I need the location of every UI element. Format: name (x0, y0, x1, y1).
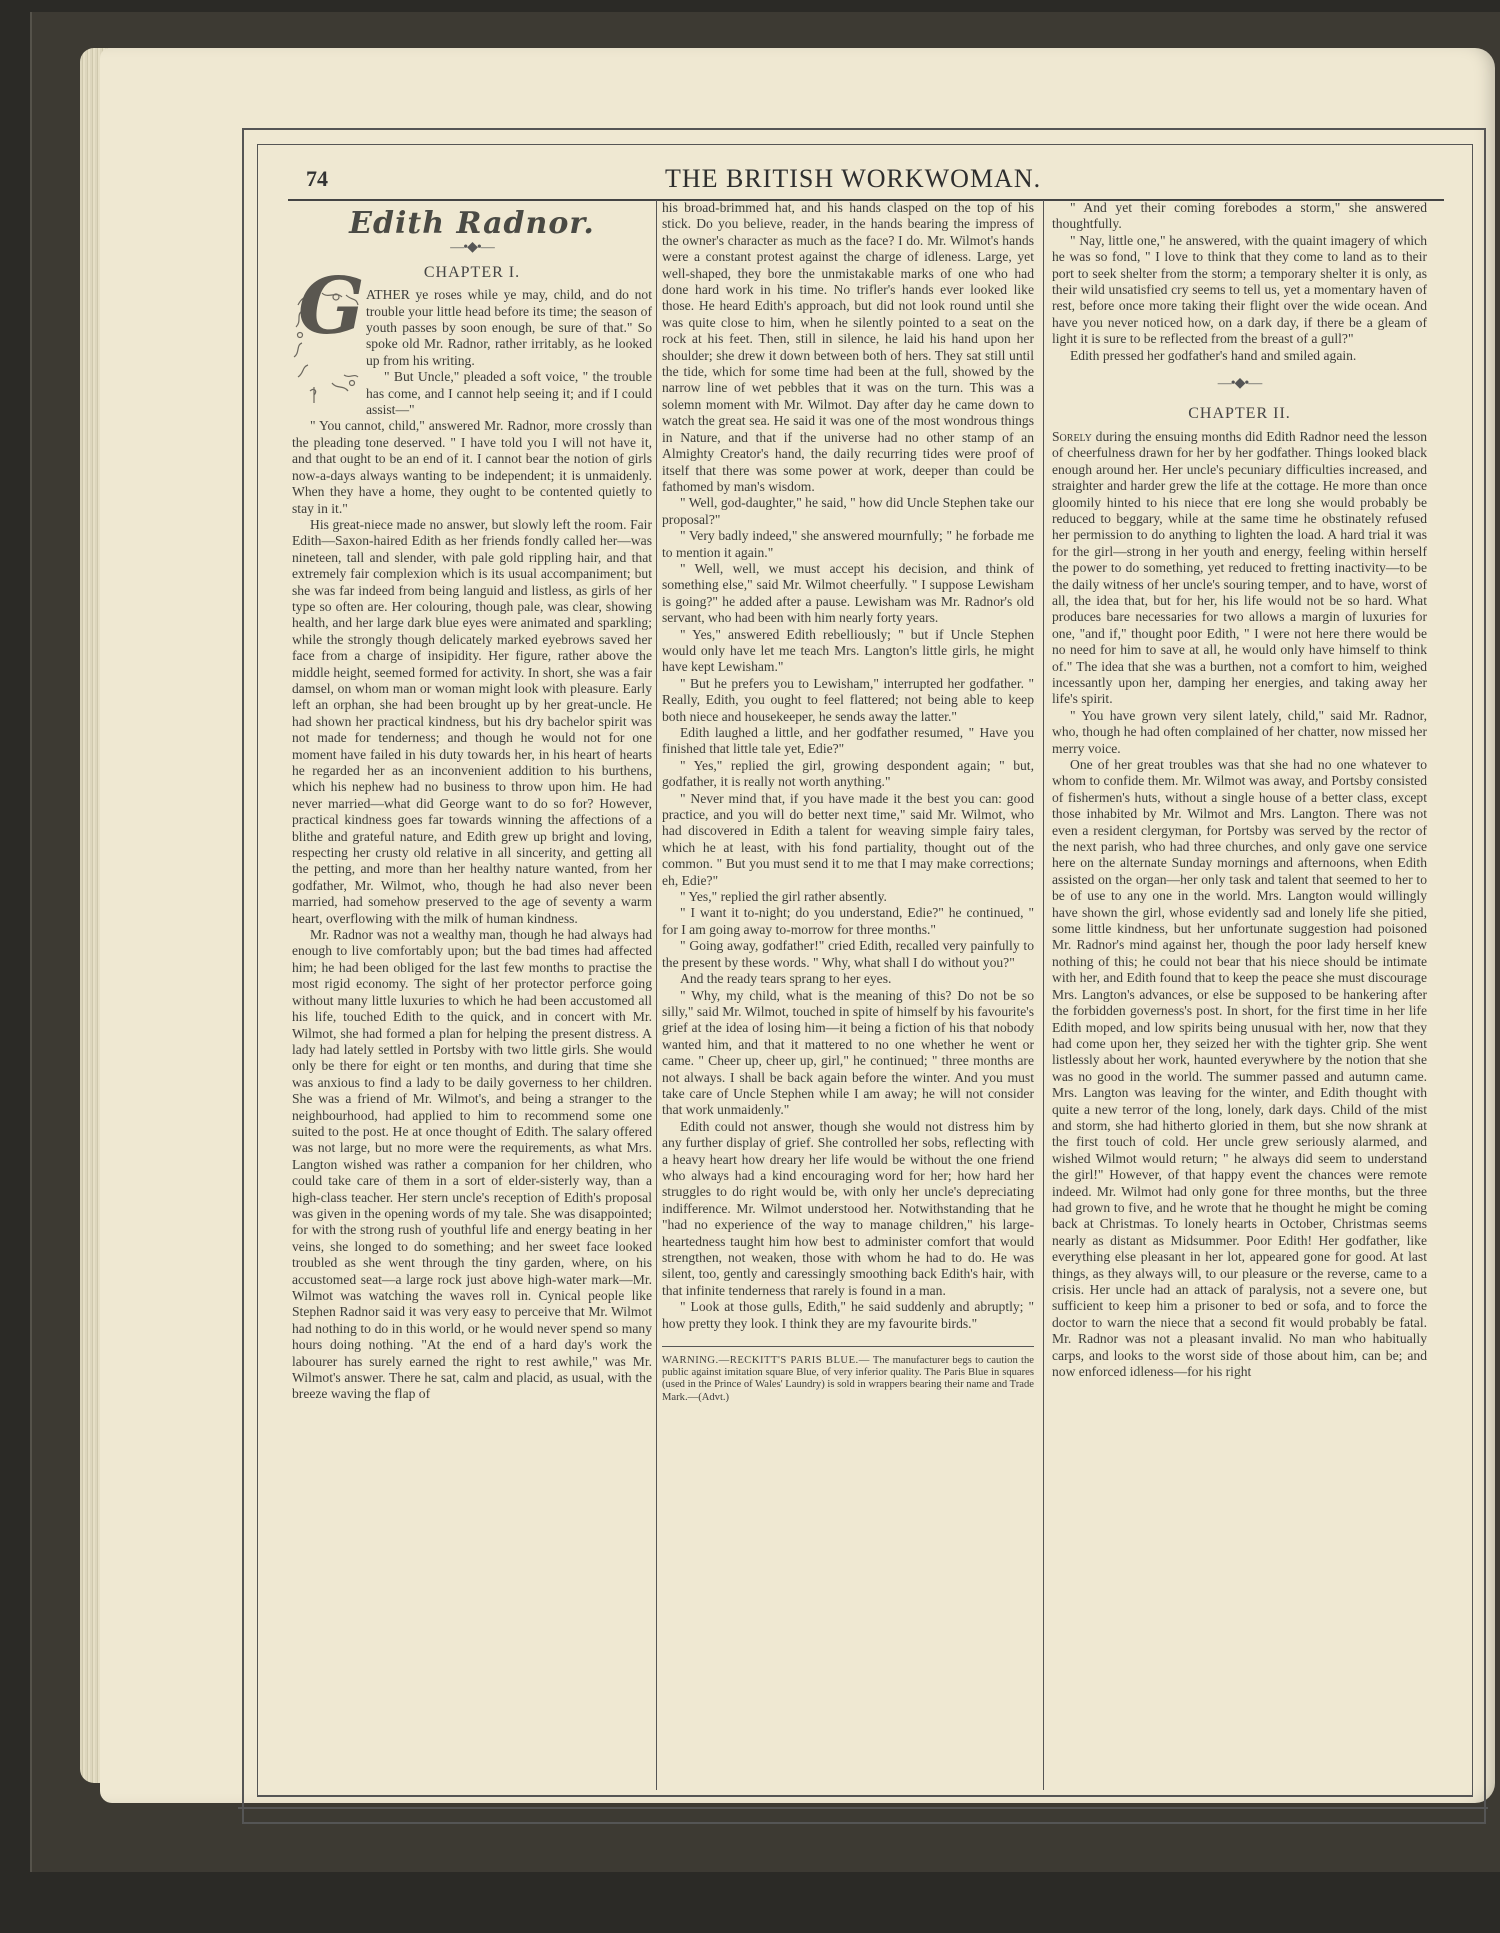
paragraph-text: during the ensuing months did Edith Radn… (1052, 429, 1427, 707)
paragraph: One of her great troubles was that she h… (1052, 757, 1427, 1380)
paragraph: " You have grown very silent lately, chi… (1052, 708, 1427, 757)
column-2: his broad-brimmed hat, and his hands cla… (662, 200, 1034, 1404)
page-number: 74 (306, 166, 328, 192)
opening-paragraph-wrap: G ATHER ye roses while ye may, child, an… (292, 287, 652, 369)
paragraph: " Well, well, we must accept his decisio… (662, 561, 1034, 627)
paragraph: " Yes," replied the girl, growing despon… (662, 758, 1034, 791)
paragraph: " Well, god-daughter," he said, " how di… (662, 495, 1034, 528)
column-3: " And yet their coming forebodes a storm… (1052, 200, 1427, 1380)
paragraph: " Nay, little one," he answered, with th… (1052, 233, 1427, 348)
chapter-heading: CHAPTER II. (1052, 406, 1427, 422)
paragraph: " Yes," answered Edith rebelliously; " b… (662, 627, 1034, 676)
paragraph: Edith could not answer, though she would… (662, 1119, 1034, 1299)
paragraph: his broad-brimmed hat, and his hands cla… (662, 200, 1034, 495)
paragraph: And the ready tears sprang to her eyes. (662, 971, 1034, 987)
column-divider (656, 200, 657, 1790)
paragraph: Mr. Radnor was not a wealthy man, though… (292, 927, 652, 1403)
story-title: Edith Radnor. (292, 216, 652, 232)
paragraph: " Why, my child, what is the meaning of … (662, 988, 1034, 1119)
paragraph: " And yet their coming forebodes a storm… (1052, 200, 1427, 233)
paragraph: " Yes," replied the girl rather absently… (662, 889, 1034, 905)
paragraph: Sorely during the ensuing months did Edi… (1052, 429, 1427, 708)
column-divider (1043, 200, 1044, 1790)
advert-lead: WARNING.—RECKITT'S PARIS BLUE.— (662, 1355, 870, 1366)
ornament-divider: —•◆•— (292, 240, 652, 256)
paragraph: Edith pressed her godfather's hand and s… (1052, 348, 1427, 364)
paragraph: " Look at those gulls, Edith," he said s… (662, 1299, 1034, 1332)
paragraph: " Never mind that, if you have made it t… (662, 791, 1034, 889)
paragraph: Edith laughed a little, and her godfathe… (662, 725, 1034, 758)
paragraph: " But he prefers you to Lewisham," inter… (662, 676, 1034, 725)
ornamental-drop-cap: G (292, 287, 360, 405)
paragraph: " You cannot, child," answered Mr. Radno… (292, 418, 652, 516)
paragraph: " Very badly indeed," she answered mourn… (662, 528, 1034, 561)
running-title: THE BRITISH WORKWOMAN. (665, 164, 1041, 194)
paragraph: " Going away, godfather!" cried Edith, r… (662, 938, 1034, 971)
advertisement: WARNING.—RECKITT'S PARIS BLUE.— The manu… (662, 1355, 1034, 1404)
footer-rule (238, 1807, 1488, 1809)
column-1: Edith Radnor. —•◆•— CHAPTER I. G ATHER y… (292, 210, 652, 1403)
paragraph: " I want it to-night; do you understand,… (662, 905, 1034, 938)
page-header: 74 THE BRITISH WORKWOMAN. (300, 160, 1450, 192)
ornament-divider: —•◆•— (1052, 376, 1427, 392)
drop-cap-letter: G (298, 299, 365, 315)
paragraph: His great-niece made no answer, but slow… (292, 517, 652, 927)
advert-rule (662, 1346, 1034, 1347)
first-word: Sorely (1052, 429, 1092, 444)
